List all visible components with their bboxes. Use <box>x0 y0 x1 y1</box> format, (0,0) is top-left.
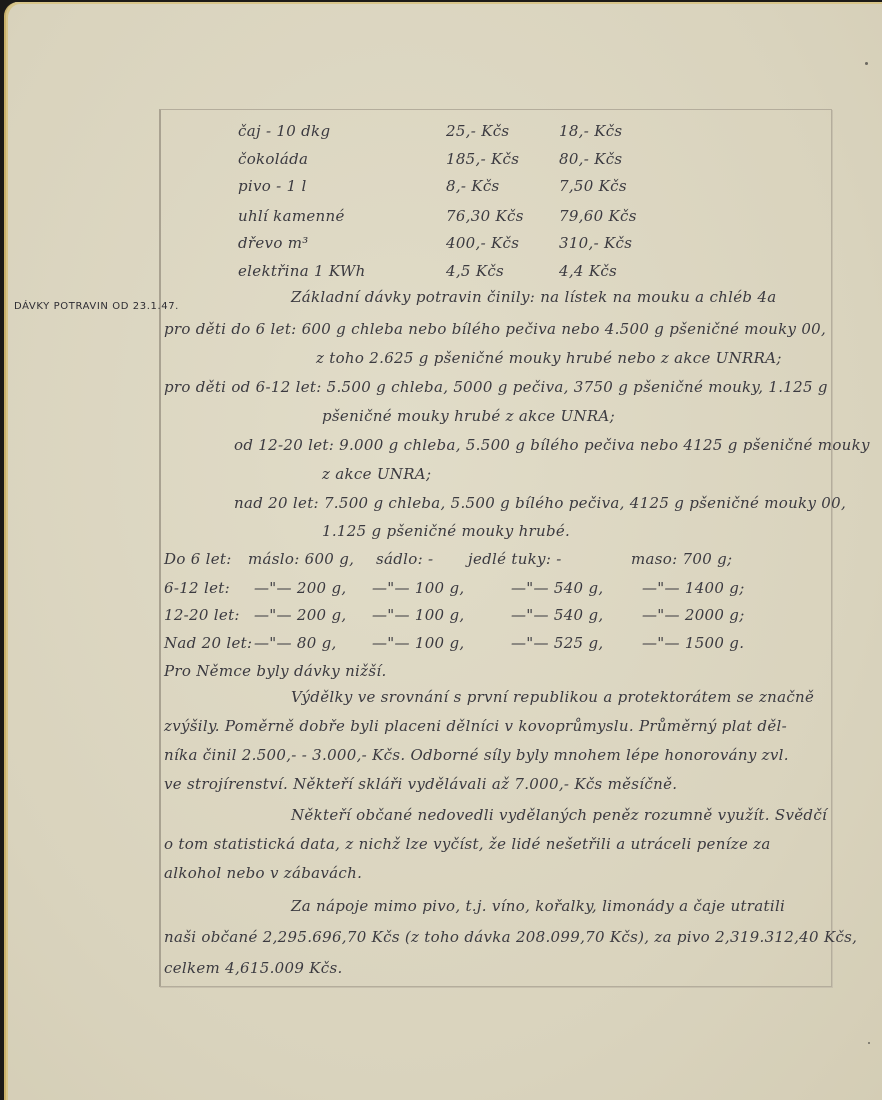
rations-line: pšeničné mouky hrubé z akce UNRA; <box>322 407 615 425</box>
price-row: uhlí kamenné 76,30 Kčs 79,60 Kčs <box>6 207 882 231</box>
price-row: čokoláda 185,- Kčs 80,- Kčs <box>6 150 882 174</box>
meat-amount: —"— 1500 g. <box>642 634 744 652</box>
margin-note-rations-date: DÁVKY POTRAVIN OD 23.1.47. <box>14 301 179 312</box>
paragraph-line: o tom statistická data, z nichž lze vyčí… <box>164 835 771 853</box>
edible-fat-amount: —"— 540 g, <box>511 606 603 624</box>
price-item: pivo - 1 l <box>238 177 307 195</box>
price-row: dřevo m³ 400,- Kčs 310,- Kčs <box>6 234 882 258</box>
price-value-2: 7,50 Kčs <box>559 177 627 195</box>
paragraph-line: naši občané 2,295.696,70 Kčs (z toho dáv… <box>164 928 857 946</box>
lard-amount: sádlo: - <box>376 550 433 568</box>
meat-amount: maso: 700 g; <box>631 550 732 568</box>
price-value-1: 25,- Kčs <box>446 122 509 140</box>
price-value-1: 185,- Kčs <box>446 150 519 168</box>
age-group: Do 6 let: <box>164 550 232 568</box>
butter-amount: —"— 200 g, <box>254 579 346 597</box>
price-row: pivo - 1 l 8,- Kčs 7,50 Kčs <box>6 177 882 201</box>
edible-fat-amount: —"— 525 g, <box>511 634 603 652</box>
price-value-2: 310,- Kčs <box>559 234 632 252</box>
price-value-1: 4,5 Kčs <box>446 262 504 280</box>
rations-line: pro děti od 6-12 let: 5.500 g chleba, 50… <box>164 378 828 396</box>
price-row: čaj - 10 dkg 25,- Kčs 18,- Kčs <box>6 122 882 146</box>
meat-amount: —"— 1400 g; <box>642 579 745 597</box>
price-value-2: 4,4 Kčs <box>559 262 617 280</box>
document-page: DÁVKY POTRAVIN OD 23.1.47. čaj - 10 dkg … <box>4 2 882 1100</box>
fat-meat-row: Do 6 let: máslo: 600 g, sádlo: - jedlé t… <box>6 550 882 576</box>
price-value-2: 80,- Kčs <box>559 150 622 168</box>
rations-line: 1.125 g pšeničné mouky hrubé. <box>322 522 570 540</box>
fat-meat-row: 12-20 let: —"— 200 g, —"— 100 g, —"— 540… <box>6 606 882 632</box>
price-value-2: 79,60 Kčs <box>559 207 637 225</box>
butter-amount: —"— 200 g, <box>254 606 346 624</box>
rations-line: z toho 2.625 g pšeničné mouky hrubé nebo… <box>316 349 782 367</box>
paragraph-line: zvýšily. Poměrně dobře byli placeni děln… <box>164 717 787 735</box>
price-item: čaj - 10 dkg <box>238 122 330 140</box>
price-row: elektřina 1 KWh 4,5 Kčs 4,4 Kčs <box>6 262 882 286</box>
price-value-1: 400,- Kčs <box>446 234 519 252</box>
paragraph-line: Někteří občané nedovedli vydělaných peně… <box>291 806 827 824</box>
edible-fat-amount: jedlé tuky: - <box>468 550 562 568</box>
paper-speck <box>865 62 868 65</box>
lard-amount: —"— 100 g, <box>372 606 464 624</box>
age-group: Nad 20 let: <box>164 634 252 652</box>
age-group: 12-20 let: <box>164 606 240 624</box>
price-value-2: 18,- Kčs <box>559 122 622 140</box>
price-value-1: 76,30 Kčs <box>446 207 524 225</box>
price-value-1: 8,- Kčs <box>446 177 500 195</box>
lard-amount: —"— 100 g, <box>372 634 464 652</box>
price-item: dřevo m³ <box>238 234 309 252</box>
paragraph-line: ve strojírenství. Někteří skláři vyděláv… <box>164 775 677 793</box>
paragraph-line: celkem 4,615.009 Kčs. <box>164 959 343 977</box>
rations-line: z akce UNRA; <box>322 465 431 483</box>
age-group: 6-12 let: <box>164 579 230 597</box>
price-item: elektřina 1 KWh <box>238 262 366 280</box>
paragraph-line: níka činil 2.500,- - 3.000,- Kčs. Odborn… <box>164 746 789 764</box>
rations-line: pro děti do 6 let: 600 g chleba nebo bíl… <box>164 320 826 338</box>
paragraph-line: alkohol nebo v zábavách. <box>164 864 362 882</box>
butter-amount: —"— 80 g, <box>254 634 337 652</box>
germans-rations-note: Pro Němce byly dávky nižší. <box>164 662 387 680</box>
paragraph-line: Výdělky ve srovnání s první republikou a… <box>291 688 814 706</box>
lard-amount: —"— 100 g, <box>372 579 464 597</box>
rations-line: nad 20 let: 7.500 g chleba, 5.500 g bílé… <box>234 494 846 512</box>
fat-meat-row: Nad 20 let: —"— 80 g, —"— 100 g, —"— 525… <box>6 634 882 660</box>
meat-amount: —"— 2000 g; <box>642 606 745 624</box>
rations-line: od 12-20 let: 9.000 g chleba, 5.500 g bí… <box>234 436 870 454</box>
paper-speck <box>868 1042 870 1044</box>
rations-line: Základní dávky potravin činily: na líste… <box>291 288 776 306</box>
price-item: čokoláda <box>238 150 308 168</box>
paragraph-line: Za nápoje mimo pivo, t.j. víno, kořalky,… <box>291 897 785 915</box>
fat-meat-row: 6-12 let: —"— 200 g, —"— 100 g, —"— 540 … <box>6 579 882 605</box>
butter-amount: máslo: 600 g, <box>248 550 354 568</box>
price-item: uhlí kamenné <box>238 207 345 225</box>
edible-fat-amount: —"— 540 g, <box>511 579 603 597</box>
